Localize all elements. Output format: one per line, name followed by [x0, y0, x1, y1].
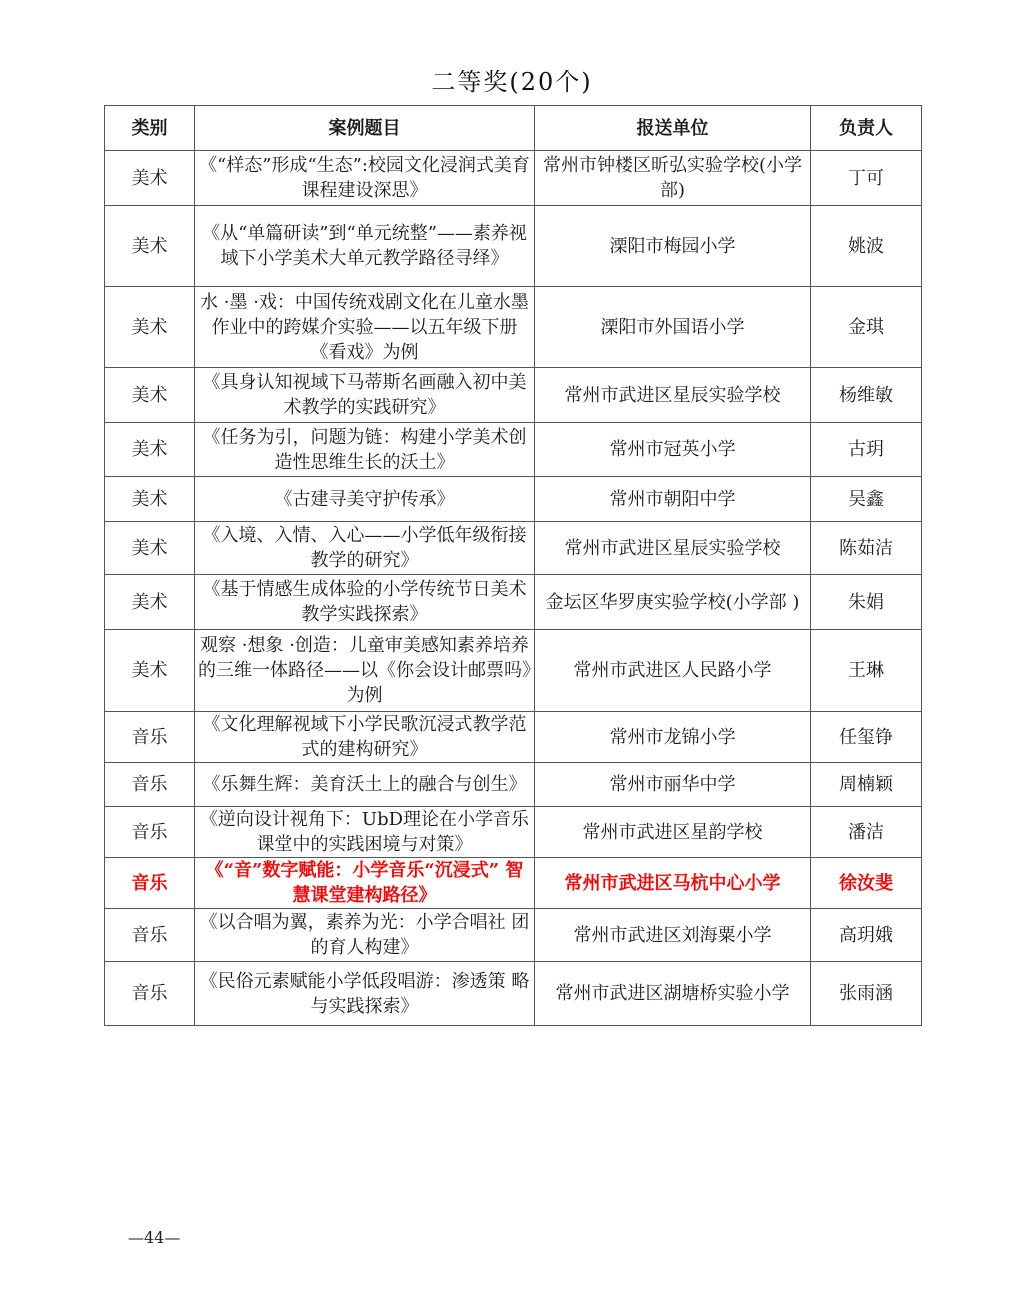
cell-category: 美术: [105, 287, 195, 368]
cell-submitting-unit: 常州市武进区马杭中心小学: [535, 858, 811, 909]
cell-submitting-unit: 常州市丽华中学: [535, 763, 811, 807]
cell-case-title: 《从“单篇研读”到“单元统整”——素养视域下小学美术大单元教学路径寻绎》: [195, 206, 535, 287]
header-case-title: 案例题目: [195, 106, 535, 151]
cell-submitting-unit: 常州市武进区刘海粟小学: [535, 909, 811, 962]
cell-responsible-person: 周楠颖: [811, 763, 922, 807]
page-number: —44—: [128, 1228, 180, 1247]
cell-responsible-person: 吴鑫: [811, 477, 922, 522]
cell-category: 美术: [105, 206, 195, 287]
cell-category: 音乐: [105, 858, 195, 909]
cell-responsible-person: 王琳: [811, 630, 922, 712]
cell-category: 音乐: [105, 807, 195, 858]
table-row: 美术 《“样态”形成“生态”:校园文化浸润式美育课程建设深思》 常州市钟楼区昕弘…: [105, 151, 922, 206]
cell-responsible-person: 高玥娥: [811, 909, 922, 962]
cell-responsible-person: 丁可: [811, 151, 922, 206]
cell-case-title: 《民俗元素赋能小学低段唱游：渗透策 略与实践探索》: [195, 962, 535, 1026]
cell-submitting-unit: 金坛区华罗庚实验学校(小学部 ): [535, 575, 811, 630]
cell-category: 美术: [105, 522, 195, 575]
table-row: 美术 《入境、入情、入心——小学低年级衔接教学的研究》 常州市武进区星辰实验学校…: [105, 522, 922, 575]
table-row: 音乐 《文化理解视域下小学民歌沉浸式教学范式的建构研究》 常州市龙锦小学 任玺铮: [105, 712, 922, 763]
header-category: 类别: [105, 106, 195, 151]
cell-submitting-unit: 常州市龙锦小学: [535, 712, 811, 763]
cell-category: 音乐: [105, 712, 195, 763]
cell-category: 美术: [105, 151, 195, 206]
table-row: 美术 观察 ·想象 ·创造：儿童审美感知素养培养的三维一体路径——以《你会设计邮…: [105, 630, 922, 712]
cell-category: 美术: [105, 477, 195, 522]
table-row: 美术 《基于情感生成体验的小学传统节日美术教学实践探索》 金坛区华罗庚实验学校(…: [105, 575, 922, 630]
cell-submitting-unit: 溧阳市梅园小学: [535, 206, 811, 287]
cell-case-title: 《任务为引，问题为链：构建小学美术创造性思维生长的沃土》: [195, 423, 535, 477]
cell-responsible-person: 陈茹洁: [811, 522, 922, 575]
cell-case-title: 《逆向设计视角下：UbD理论在小学音乐课堂中的实践困境与对策》: [195, 807, 535, 858]
cell-submitting-unit: 常州市武进区湖塘桥实验小学: [535, 962, 811, 1026]
table-row: 美术 《古建寻美守护传承》 常州市朝阳中学 吴鑫: [105, 477, 922, 522]
cell-responsible-person: 潘洁: [811, 807, 922, 858]
cell-submitting-unit: 常州市武进区星辰实验学校: [535, 522, 811, 575]
header-responsible-person: 负责人: [811, 106, 922, 151]
cell-responsible-person: 金琪: [811, 287, 922, 368]
table-row: 音乐 《以合唱为翼，素养为光：小学合唱社 团的育人构建》 常州市武进区刘海粟小学…: [105, 909, 922, 962]
table-row: 美术 《任务为引，问题为链：构建小学美术创造性思维生长的沃土》 常州市冠英小学 …: [105, 423, 922, 477]
cell-submitting-unit: 常州市钟楼区昕弘实验学校(小学部): [535, 151, 811, 206]
table-row: 美术 《从“单篇研读”到“单元统整”——素养视域下小学美术大单元教学路径寻绎》 …: [105, 206, 922, 287]
table-row-highlighted: 音乐 《“音”数字赋能：小学音乐“沉浸式” 智慧课堂建构路径》 常州市武进区马杭…: [105, 858, 922, 909]
cell-case-title: 《乐舞生辉：美育沃土上的融合与创生》: [195, 763, 535, 807]
cell-submitting-unit: 常州市武进区星韵学校: [535, 807, 811, 858]
cell-responsible-person: 任玺铮: [811, 712, 922, 763]
table-row: 美术 《具身认知视域下马蒂斯名画融入初中美术教学的实践研究》 常州市武进区星辰实…: [105, 368, 922, 423]
cell-case-title: 《以合唱为翼，素养为光：小学合唱社 团的育人构建》: [195, 909, 535, 962]
cell-submitting-unit: 常州市冠英小学: [535, 423, 811, 477]
cell-submitting-unit: 溧阳市外国语小学: [535, 287, 811, 368]
cell-case-title: 《基于情感生成体验的小学传统节日美术教学实践探索》: [195, 575, 535, 630]
cell-responsible-person: 姚波: [811, 206, 922, 287]
cell-responsible-person: 杨维敏: [811, 368, 922, 423]
table-header-row: 类别 案例题目 报送单位 负责人: [105, 106, 922, 151]
header-submitting-unit: 报送单位: [535, 106, 811, 151]
table-row: 美术 水 ·墨 ·戏：中国传统戏剧文化在儿童水墨作业中的跨媒介实验——以五年级下…: [105, 287, 922, 368]
cell-responsible-person: 徐汝斐: [811, 858, 922, 909]
cell-category: 音乐: [105, 763, 195, 807]
cell-responsible-person: 朱娟: [811, 575, 922, 630]
cell-submitting-unit: 常州市武进区人民路小学: [535, 630, 811, 712]
cell-case-title: 《“样态”形成“生态”:校园文化浸润式美育课程建设深思》: [195, 151, 535, 206]
cell-category: 美术: [105, 423, 195, 477]
award-table: 类别 案例题目 报送单位 负责人 美术 《“样态”形成“生态”:校园文化浸润式美…: [104, 105, 922, 1026]
cell-category: 音乐: [105, 962, 195, 1026]
cell-responsible-person: 古玥: [811, 423, 922, 477]
cell-case-title: 《具身认知视域下马蒂斯名画融入初中美术教学的实践研究》: [195, 368, 535, 423]
table-row: 音乐 《民俗元素赋能小学低段唱游：渗透策 略与实践探索》 常州市武进区湖塘桥实验…: [105, 962, 922, 1026]
cell-category: 美术: [105, 630, 195, 712]
cell-case-title: 《古建寻美守护传承》: [195, 477, 535, 522]
table-body: 美术 《“样态”形成“生态”:校园文化浸润式美育课程建设深思》 常州市钟楼区昕弘…: [105, 151, 922, 1026]
cell-category: 美术: [105, 368, 195, 423]
cell-case-title: 观察 ·想象 ·创造：儿童审美感知素养培养的三维一体路径——以《你会设计邮票吗》…: [195, 630, 535, 712]
cell-case-title: 《文化理解视域下小学民歌沉浸式教学范式的建构研究》: [195, 712, 535, 763]
cell-category: 音乐: [105, 909, 195, 962]
cell-case-title: 《入境、入情、入心——小学低年级衔接教学的研究》: [195, 522, 535, 575]
cell-submitting-unit: 常州市朝阳中学: [535, 477, 811, 522]
cell-responsible-person: 张雨涵: [811, 962, 922, 1026]
cell-submitting-unit: 常州市武进区星辰实验学校: [535, 368, 811, 423]
cell-category: 美术: [105, 575, 195, 630]
cell-case-title: 《“音”数字赋能：小学音乐“沉浸式” 智慧课堂建构路径》: [195, 858, 535, 909]
page-title: 二等奖(20个): [0, 62, 1024, 97]
cell-case-title: 水 ·墨 ·戏：中国传统戏剧文化在儿童水墨作业中的跨媒介实验——以五年级下册《看…: [195, 287, 535, 368]
table-row: 音乐 《逆向设计视角下：UbD理论在小学音乐课堂中的实践困境与对策》 常州市武进…: [105, 807, 922, 858]
table-row: 音乐 《乐舞生辉：美育沃土上的融合与创生》 常州市丽华中学 周楠颖: [105, 763, 922, 807]
